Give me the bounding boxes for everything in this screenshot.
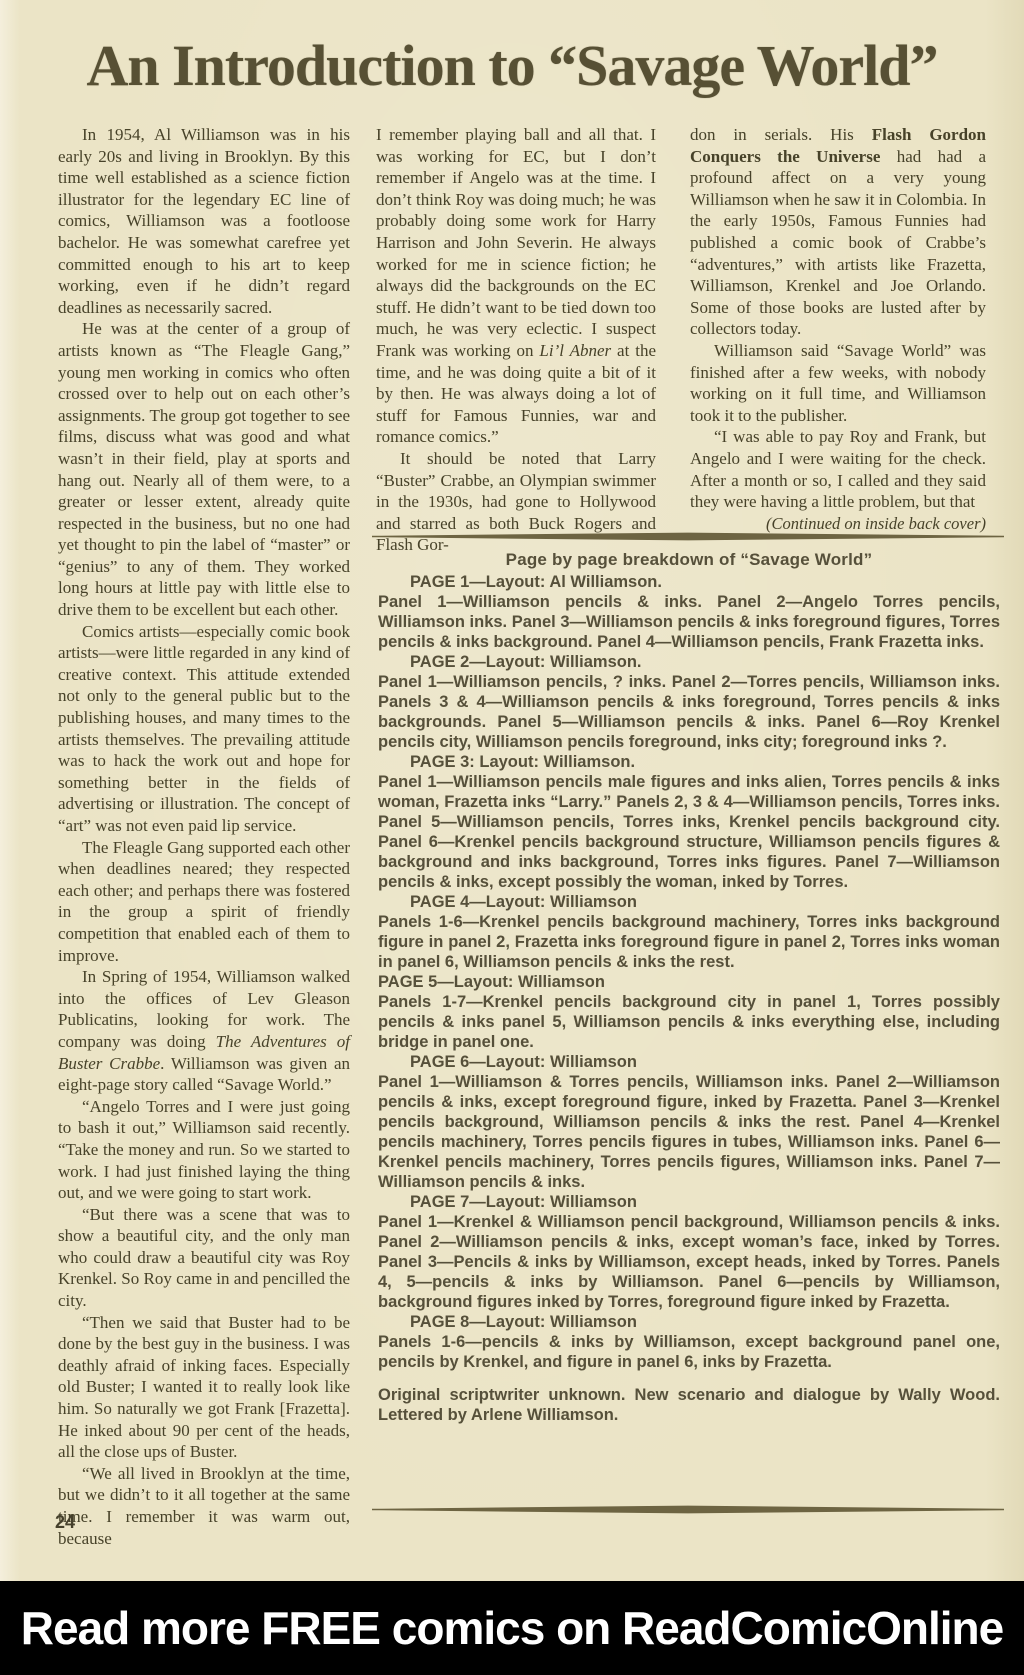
paragraph-text: don in serials. His — [690, 125, 872, 144]
strip-title-italic: Li’l Abner — [539, 341, 611, 360]
paragraph: “Angelo Torres and I were just going to … — [58, 1096, 350, 1204]
article-column-2: I remember playing ball and all that. I … — [376, 124, 656, 556]
banner-text: Read more FREE comics on ReadComicOnline — [21, 1601, 1003, 1655]
readcomiconline-banner[interactable]: Read more FREE comics on ReadComicOnline — [0, 1581, 1024, 1675]
paragraph: Williamson said “Savage World” was finis… — [690, 340, 986, 426]
breakdown-heading: Page by page breakdown of “Savage World” — [378, 550, 1000, 570]
breakdown-page-line: PAGE 3: Layout: Williamson. — [378, 752, 1000, 772]
paragraph: He was at the center of a group of artis… — [58, 318, 350, 620]
breakdown-box: Page by page breakdown of “Savage World”… — [372, 532, 1004, 1514]
tapered-rule-top-icon — [372, 532, 1004, 541]
breakdown-entry-page-4: PAGE 4—Layout: Williamson Panels 1-6—Kre… — [378, 892, 1000, 972]
breakdown-page-line: PAGE 2—Layout: Williamson. — [378, 652, 1000, 672]
breakdown-page-line: PAGE 5—Layout: Williamson — [378, 972, 1000, 992]
breakdown-panels-text: Panel 1—Williamson pencils, ? inks. Pane… — [378, 672, 1000, 752]
page-number: 24 — [55, 1512, 75, 1533]
breakdown-page-line: PAGE 4—Layout: Williamson — [378, 892, 1000, 912]
breakdown-credits: Original scriptwriter unknown. New scena… — [378, 1385, 1000, 1425]
page-title: An Introduction to “Savage World” — [0, 32, 1024, 99]
paragraph: I remember playing ball and all that. I … — [376, 124, 656, 448]
breakdown-panels-text: Panel 1—Krenkel & Williamson pencil back… — [378, 1212, 1000, 1312]
breakdown-page-line: PAGE 8—Layout: Williamson — [378, 1312, 1000, 1332]
breakdown-entry-page-1: PAGE 1—Layout: Al Williamson. Panel 1—Wi… — [378, 572, 1000, 652]
article-column-1: In 1954, Al Williamson was in his early … — [58, 124, 350, 1549]
paragraph: don in serials. His Flash Gordon Conquer… — [690, 124, 986, 340]
breakdown-entry-page-3: PAGE 3: Layout: Williamson. Panel 1—Will… — [378, 752, 1000, 892]
article-column-3: don in serials. His Flash Gordon Conquer… — [690, 124, 986, 534]
paragraph: “But there was a scene that was to show … — [58, 1204, 350, 1312]
breakdown-panels-text: Panels 1-7—Krenkel pencils background ci… — [378, 992, 1000, 1052]
paragraph-text: I remember playing ball and all that. I … — [376, 125, 656, 360]
breakdown-page-line: PAGE 1—Layout: Al Williamson. — [378, 572, 1000, 592]
paragraph: “Then we said that Buster had to be done… — [58, 1312, 350, 1463]
paragraph: In 1954, Al Williamson was in his early … — [58, 124, 350, 318]
paragraph: The Fleagle Gang supported each other wh… — [58, 837, 350, 967]
breakdown-entry-page-7: PAGE 7—Layout: Williamson Panel 1—Krenke… — [378, 1192, 1000, 1312]
breakdown-page-line: PAGE 7—Layout: Williamson — [378, 1192, 1000, 1212]
breakdown-entry-page-2: PAGE 2—Layout: Williamson. Panel 1—Willi… — [378, 652, 1000, 752]
breakdown-content: Page by page breakdown of “Savage World”… — [372, 541, 1004, 1425]
breakdown-panels-text: Panel 1—Williamson pencils male figures … — [378, 772, 1000, 892]
paragraph: Comics artists—especially comic book art… — [58, 621, 350, 837]
breakdown-entry-page-5: PAGE 5—Layout: Williamson Panels 1-7—Kre… — [378, 972, 1000, 1052]
paragraph-text: had had a profound affect on a very youn… — [690, 147, 986, 339]
paragraph: “I was able to pay Roy and Frank, but An… — [690, 426, 986, 512]
tapered-rule-bottom-icon — [372, 1505, 1004, 1514]
paragraph: In Spring of 1954, Williamson walked int… — [58, 966, 350, 1096]
breakdown-panels-text: Panels 1-6—Krenkel pencils background ma… — [378, 912, 1000, 972]
breakdown-panels-text: Panel 1—Williamson pencils & inks. Panel… — [378, 592, 1000, 652]
scanned-comic-page: An Introduction to “Savage World” In 195… — [0, 0, 1024, 1675]
paragraph: “We all lived in Brooklyn at the time, b… — [58, 1463, 350, 1549]
breakdown-panels-text: Panels 1-6—pencils & inks by Williamson,… — [378, 1332, 1000, 1372]
breakdown-page-line: PAGE 6—Layout: Williamson — [378, 1052, 1000, 1072]
breakdown-panels-text: Panel 1—Williamson & Torres pencils, Wil… — [378, 1072, 1000, 1192]
breakdown-entry-page-8: PAGE 8—Layout: Williamson Panels 1-6—pen… — [378, 1312, 1000, 1372]
breakdown-entry-page-6: PAGE 6—Layout: Williamson Panel 1—Willia… — [378, 1052, 1000, 1192]
